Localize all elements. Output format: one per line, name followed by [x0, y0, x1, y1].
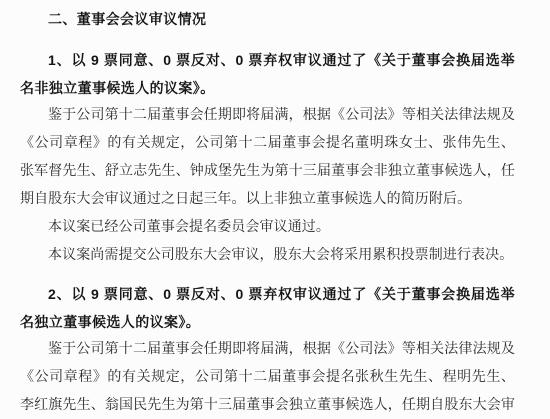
resolution-2-title-line-1: 2、以 9 票同意、0 票反对、0 票弃权审议通过了《关于董事会换届选举暨提 — [20, 280, 515, 308]
resolution-1-title-line-2: 名非独立董事候选人的议案》。 — [20, 74, 515, 102]
resolution-1-body-line-3: 张军督先生、舒立志先生、钟成堡先生为第十三届董事会非独立董事候选人，任 — [20, 158, 515, 186]
resolution-1-shareholder-note: 本议案尚需提交公司股东大会审议，股东大会将采用累积投票制进行表决。 — [20, 242, 515, 270]
resolution-2-body-line-3: 李红旗先生、翁国民先生为第十三届董事会独立董事候选人，任期自股东大会审 — [20, 392, 515, 419]
resolution-1-body-line-1: 鉴于公司第十二届董事会任期即将届满，根据《公司法》等相关法律法规及 — [20, 102, 515, 130]
section-heading-board-review: 二、董事会会议审议情况 — [20, 5, 515, 33]
resolution-2-title-line-2: 名独立董事候选人的议案》。 — [20, 308, 515, 336]
resolution-2-body-line-1: 鉴于公司第十二届董事会任期即将届满，根据《公司法》等相关法律法规及 — [20, 336, 515, 364]
resolution-2-body-line-2: 《公司章程》的有关规定，公司第十二届董事会提名张秋生先生、程明先生、 — [20, 364, 515, 392]
resolution-1-body-line-2: 《公司章程》的有关规定，公司第十二届董事会提名董明珠女士、张伟先生、 — [20, 130, 515, 158]
resolution-1-title-line-1: 1、以 9 票同意、0 票反对、0 票弃权审议通过了《关于董事会换届选举暨提 — [20, 46, 515, 74]
resolution-1-body-line-4: 期自股东大会审议通过之日起三年。以上非独立董事候选人的简历附后。 — [20, 186, 515, 214]
document-page: 二、董事会会议审议情况 1、以 9 票同意、0 票反对、0 票弃权审议通过了《关… — [0, 0, 550, 419]
resolution-1-committee-note: 本议案已经公司董事会提名委员会审议通过。 — [20, 214, 515, 242]
